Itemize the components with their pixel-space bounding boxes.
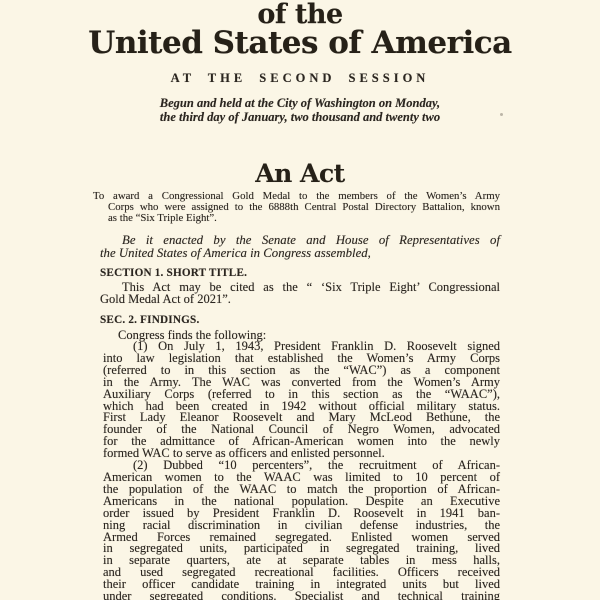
enacting-clause: Be it enacted by the Senate and House of… — [100, 234, 500, 259]
act-preamble: To award a Congressional Gold Medal to t… — [93, 191, 500, 224]
text-line: as the “Six Triple Eight”. — [93, 213, 500, 224]
findings-paragraphs: (1) On July 1, 1943, President Franklin … — [103, 341, 500, 600]
convening-line-2: the third day of January, two thousand a… — [0, 111, 600, 125]
paper-speck — [500, 113, 503, 116]
convening-line-1: Begun and held at the City of Washington… — [0, 97, 600, 111]
finding-1: (1) On July 1, 1943, President Franklin … — [103, 341, 500, 460]
session-heading: AT THE SECOND SESSION — [0, 71, 600, 86]
text-line: under segregated conditions. Specialist … — [103, 591, 500, 600]
text-line: Gold Medal Act of 2021”. — [100, 293, 500, 305]
convening-statement: Begun and held at the City of Washington… — [0, 97, 600, 124]
act-title: An Act — [0, 160, 600, 188]
section-1-heading: SECTION 1. SHORT TITLE. — [100, 267, 500, 279]
congress-header-nation: United States of America — [0, 27, 600, 59]
text-line: the United States of America in Congress… — [100, 247, 500, 260]
section-1-text: This Act may be cited as the “ ‘Six Trip… — [100, 281, 500, 306]
enrolled-bill-page: of the United States of America AT THE S… — [0, 0, 600, 600]
text-line: Be it enacted by the Senate and House of… — [100, 234, 500, 247]
section-2-heading: SEC. 2. FINDINGS. — [100, 314, 500, 326]
finding-2: (2) Dubbed “10 percenters”, the recruitm… — [103, 460, 500, 600]
